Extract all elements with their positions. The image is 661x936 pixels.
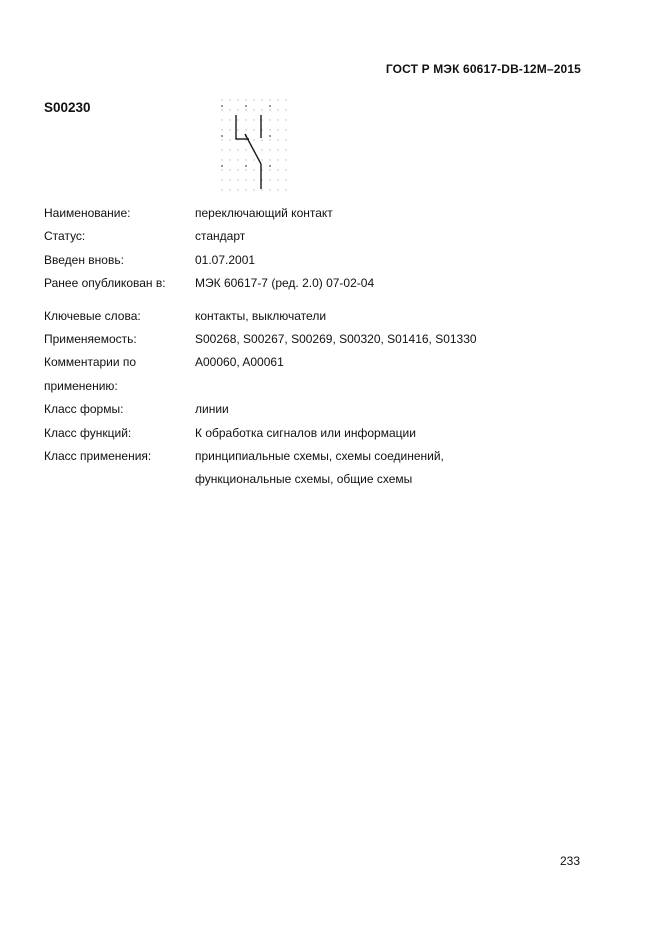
symbol-id-title: S00230 <box>44 100 91 116</box>
attribute-row: Класс формы: линии <box>44 398 564 421</box>
symbol-drawing <box>220 93 288 193</box>
attribute-label: Класс формы: <box>44 398 195 421</box>
attribute-value: стандарт <box>195 225 245 248</box>
attribute-label: Ранее опубликован в: <box>44 272 195 295</box>
attribute-row: Ранее опубликован в: МЭК 60617-7 (ред. 2… <box>44 272 564 295</box>
design-grid-major-dots <box>220 93 288 193</box>
attribute-label: Класс применения: <box>44 445 195 468</box>
attribute-value: МЭК 60617-7 (ред. 2.0) 07-02-04 <box>195 272 374 295</box>
page-number: 233 <box>44 854 580 868</box>
attribute-row: Комментарии по применению: A00060, A0006… <box>44 351 564 398</box>
attributes-list: Наименование: переключающий контакт Стат… <box>44 202 564 492</box>
attribute-row: Применяемость: S00268, S00267, S00269, S… <box>44 328 564 351</box>
attribute-label: Комментарии по применению: <box>44 351 195 398</box>
changeover-contact-symbol <box>220 93 288 193</box>
attribute-label: Статус: <box>44 225 195 248</box>
attribute-row: Класс применения: принципиальные схемы, … <box>44 445 564 492</box>
attribute-label: Наименование: <box>44 202 195 225</box>
attribute-label: Ключевые слова: <box>44 305 195 328</box>
attribute-value: контакты, выключатели <box>195 305 326 328</box>
attribute-value: переключающий контакт <box>195 202 333 225</box>
attribute-row: Наименование: переключающий контакт <box>44 202 564 225</box>
attribute-value: S00268, S00267, S00269, S00320, S01416, … <box>195 328 477 351</box>
attribute-value: 01.07.2001 <box>195 249 255 272</box>
attribute-label: Класс функций: <box>44 422 195 445</box>
attribute-row: Класс функций: К обработка сигналов или … <box>44 422 564 445</box>
attribute-value: принципиальные схемы, схемы соединений, … <box>195 445 535 492</box>
attribute-row: Ключевые слова: контакты, выключатели <box>44 305 564 328</box>
attribute-label: Применяемость: <box>44 328 195 351</box>
attribute-value: К обработка сигналов или информации <box>195 422 416 445</box>
attribute-row: Статус: стандарт <box>44 225 564 248</box>
attribute-label: Введен вновь: <box>44 249 195 272</box>
attribute-value: линии <box>195 398 229 421</box>
attribute-row: Введен вновь: 01.07.2001 <box>44 249 564 272</box>
attribute-value: A00060, A00061 <box>195 351 284 374</box>
page-header: ГОСТ Р МЭК 60617-DB-12M–2015 <box>44 62 581 76</box>
standard-reference: ГОСТ Р МЭК 60617-DB-12M–2015 <box>386 62 581 76</box>
document-page: ГОСТ Р МЭК 60617-DB-12M–2015 S00230 <box>0 0 661 936</box>
